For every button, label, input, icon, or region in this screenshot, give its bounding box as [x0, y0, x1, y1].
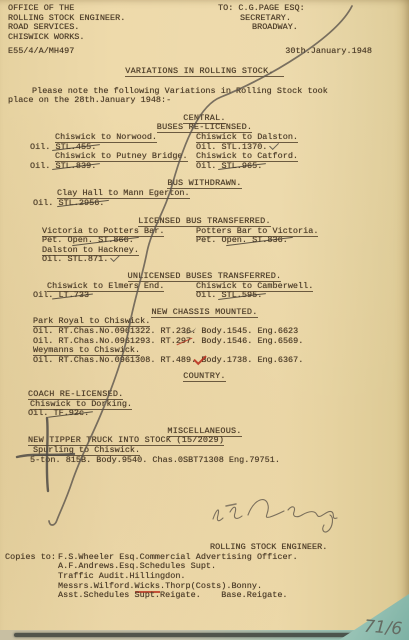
scanned-memo-page: OFFICE OF THE ROLLING STOCK ENGINEER. RO… — [0, 0, 409, 640]
entry: Dalston to Hackney. Oil. STL.871. — [0, 246, 409, 265]
misc-detail: 5-ton. 815B. Body.9540. Chas.0SBT71308 E… — [0, 456, 409, 466]
handwritten-corner-number: 71/6 — [364, 623, 403, 635]
reference-date-row: E55/4/A/MH497 30th.January.1948 — [8, 47, 372, 57]
copies-list: Copies to:F.S.Wheeler Esq.Commercial Adv… — [0, 553, 409, 601]
copies-label: Copies to: — [5, 552, 56, 562]
stock-number: Pet. Open. ST.836. — [196, 236, 288, 246]
date: 30th.January.1948 — [285, 47, 372, 57]
stock-number: Oil. STL.595. — [196, 291, 262, 301]
sender-line: CHISWICK WORKS. — [8, 33, 85, 43]
stock-number: Oil. STL.965. — [196, 162, 262, 172]
intro-text: Please note the following Variations in … — [0, 87, 409, 106]
stock-number: Oil. TF.92c. — [28, 409, 89, 419]
copies-line: A.F.Andrews.Esq.Schedules Supt. — [58, 561, 216, 571]
chassis-line: Oil. RT.Chas.No.0961308. RT.489. Body.17… — [0, 356, 409, 366]
memo-body: OFFICE OF THE ROLLING STOCK ENGINEER. RO… — [0, 0, 409, 601]
copies-line: Asst.Schedules Supt.Reigate. Base.Reigat… — [58, 590, 288, 600]
entry: Chiswick to Dorking. Oil. TF.92c. — [0, 400, 409, 419]
entry: Chiswick to Norwood. Oil. STL.455. — [0, 133, 196, 152]
entry-row: Chiswick to Elmers End. Oil. LT.733 Chis… — [0, 282, 409, 301]
entry-row: Chiswick to Putney Bridge. Oil. STL.839.… — [0, 152, 409, 171]
stock-number: Oil. STL.455. — [30, 143, 96, 153]
region-heading-country: COUNTRY. — [0, 372, 409, 382]
stock-number: Pet. Open. ST.866. — [42, 236, 134, 246]
recipient-address: TO: C.G.PAGE ESQ: SECRETARY. BROADWAY. — [218, 4, 305, 33]
entry: Chiswick to Camberwell. Oil. STL.595. — [196, 282, 409, 301]
title-row: VARIATIONS IN ROLLING STOCK. — [0, 67, 409, 77]
paper-edge-shadow — [14, 633, 400, 637]
intro-line: place on the 28th.January 1948:- — [8, 95, 171, 105]
entry: Clay Hall to Mann Egerton. Oil. STL.2956… — [0, 189, 409, 208]
recipient-line: BROADWAY. — [252, 23, 305, 33]
entry-row: Victoria to Potters Bar. Pet. Open. ST.8… — [0, 227, 409, 246]
stock-number: Oil. STL.2956. — [33, 199, 104, 209]
document-title: VARIATIONS IN ROLLING STOCK. — [125, 66, 283, 77]
entry: Chiswick to Elmers End. Oil. LT.733 — [0, 282, 196, 301]
entry: Chiswick to Catford. Oil. STL.965. — [196, 152, 409, 171]
stock-number: Oil. STL.839. — [30, 162, 96, 172]
entry-row: Chiswick to Norwood. Oil. STL.455. Chisw… — [0, 133, 409, 152]
entry: Potters Bar to Victoria. Pet. Open. ST.8… — [196, 227, 409, 246]
copies-line: Traffic Audit.Hillingdon. — [58, 571, 186, 581]
entry: Chiswick to Putney Bridge. Oil. STL.839. — [0, 152, 196, 171]
sender-address: OFFICE OF THE ROLLING STOCK ENGINEER. RO… — [0, 4, 409, 42]
entry: Victoria to Potters Bar. Pet. Open. ST.8… — [0, 227, 196, 246]
stock-number: Oil. LT.733 — [33, 291, 89, 301]
stock-number: Oil. STL.871. — [42, 254, 108, 264]
reference-number: E55/4/A/MH497 — [8, 47, 74, 57]
entry: Chiswick to Dalston. Oil. STL.1370. — [196, 133, 409, 152]
